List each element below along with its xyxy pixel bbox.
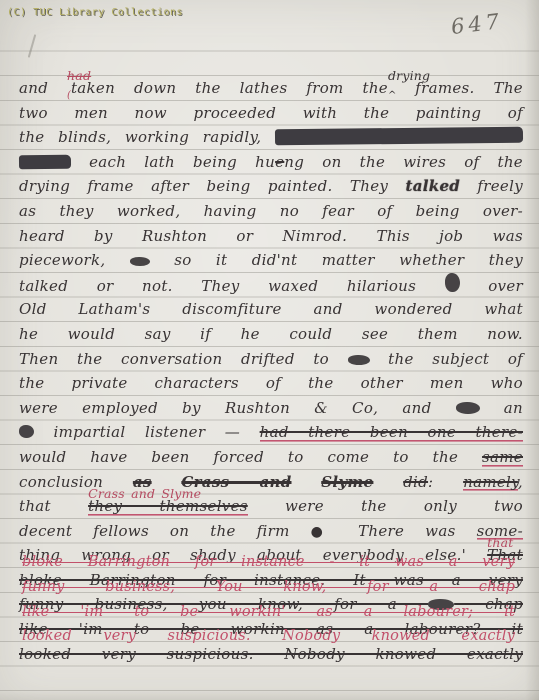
text-segment: [373, 473, 403, 491]
text-segment: same: [482, 448, 523, 467]
redaction-bar: [19, 155, 71, 170]
text-segment: he would say if he could see them now.: [19, 325, 523, 343]
text-segment: over: [460, 277, 523, 295]
manuscript-line: Then the conversation drifted to the sub…: [19, 347, 523, 372]
text-segment: would have been forced to come to the: [19, 448, 482, 466]
text-segment: funny business, You know, for a chap: [22, 580, 515, 595]
manuscript-line: looked very suspicious. Nobody knowed ex…: [19, 642, 523, 667]
text-segment: had there been one there-: [260, 423, 523, 442]
manuscript-line: the private characters of the other men …: [19, 371, 523, 396]
text-segment: that: [19, 497, 88, 515]
manuscript-line: decent fellows on the firm ● There was s…: [19, 519, 523, 544]
ink-blot: [130, 257, 150, 266]
text-segment: bloke Barrington for instance - it was a…: [22, 555, 515, 570]
text-segment: the subject of: [370, 350, 523, 368]
text-segment: namely: [463, 473, 518, 492]
text-segment: Old Latham's discomfiture and wondered w…: [19, 300, 523, 318]
manuscript-line: and had(taken down the lathes from thedr…: [19, 76, 523, 101]
text-segment: ●: [311, 524, 337, 540]
watermark-text: (C) TUC Library Collections: [7, 7, 183, 18]
redaction-bar: [275, 127, 523, 146]
text-segment: like 'im to be workin' as a labourer; it: [22, 605, 515, 620]
text-segment: There was: [337, 522, 476, 540]
text-segment: did: [403, 473, 428, 491]
text-segment: e: [275, 153, 284, 171]
manuscript-line: heard by Rushton or Nimrod. This job was: [19, 224, 523, 249]
manuscript-line: impartial listener — had there been one …: [19, 420, 523, 445]
ink-blot: [348, 355, 370, 365]
text-segment: looked very suspicious. Nobody knowed ex…: [22, 629, 515, 644]
manuscript-line: each lath being hueng on the wires of th…: [19, 150, 523, 175]
manuscript-line: he would say if he could see them now.: [19, 322, 523, 347]
manuscript-line: talked or not. They waxed hilarious over: [19, 273, 523, 298]
text-segment: decent fellows on the firm: [19, 522, 311, 540]
text-segment: an: [480, 399, 523, 417]
manuscript-line: two men now proceeded with the painting …: [19, 101, 523, 126]
text-segment: so it did'nt matter whether they: [150, 251, 523, 269]
text-segment: each lath being hu: [71, 153, 275, 171]
text-segment: the blinds, working rapidly,: [19, 128, 275, 146]
text-segment: as they worked, having no fear of being …: [19, 202, 523, 220]
text-segment: talked or not. They waxed hilarious: [19, 277, 445, 295]
text-segment: Then the conversation drifted to: [19, 350, 348, 368]
text-segment: [292, 473, 322, 491]
text-segment: the private characters of the other men …: [19, 374, 523, 392]
text-segment: two men now proceeded with the painting …: [19, 104, 523, 122]
manuscript-line: were employed by Rushton & Co, and an: [19, 396, 523, 421]
text-segment: piecework,: [19, 251, 130, 269]
text-segment: were the only two: [248, 497, 523, 515]
ink-blot: [19, 425, 34, 438]
ink-blot: [456, 402, 480, 414]
text-segment: ,: [518, 473, 523, 491]
manuscript-line: as they worked, having no fear of being …: [19, 199, 523, 224]
text-segment: talked: [406, 177, 461, 195]
manuscript-line: Old Latham's discomfiture and wondered w…: [19, 297, 523, 322]
manuscript-line: drying frame after being painted. They t…: [19, 174, 523, 199]
manuscript-lines: and had(taken down the lathes from thedr…: [19, 76, 523, 666]
text-segment: Slyme: [321, 473, 373, 491]
text-segment: impartial listener —: [34, 423, 260, 441]
text-segment: drying frame after being painted. They: [19, 177, 406, 195]
manuscript-page: (C) TUC Library Collections 647 and had(…: [0, 0, 539, 700]
manuscript-line: piecework, so it did'nt matter whether t…: [19, 248, 523, 273]
text-segment: looked very suspicious. Nobody knowed ex…: [19, 645, 523, 663]
pencil-mark: [28, 34, 37, 58]
text-segment: :: [428, 473, 463, 491]
text-segment: taken down the lathes from the: [71, 79, 388, 97]
text-segment: ng on the wires of the: [284, 153, 523, 171]
text-segment: and: [19, 79, 67, 97]
text-segment: freely: [460, 177, 523, 195]
manuscript-line: that Crass and Slymethey themselves were…: [19, 494, 523, 519]
manuscript-line: the blinds, working rapidly,: [19, 125, 523, 150]
manuscript-line: would have been forced to come to the sa…: [19, 445, 523, 470]
ink-blot: [445, 273, 460, 292]
text-segment: heard by Rushton or Nimrod. This job was: [19, 227, 523, 245]
text-segment: were employed by Rushton & Co, and: [19, 399, 456, 417]
page-number: 647: [450, 9, 505, 39]
